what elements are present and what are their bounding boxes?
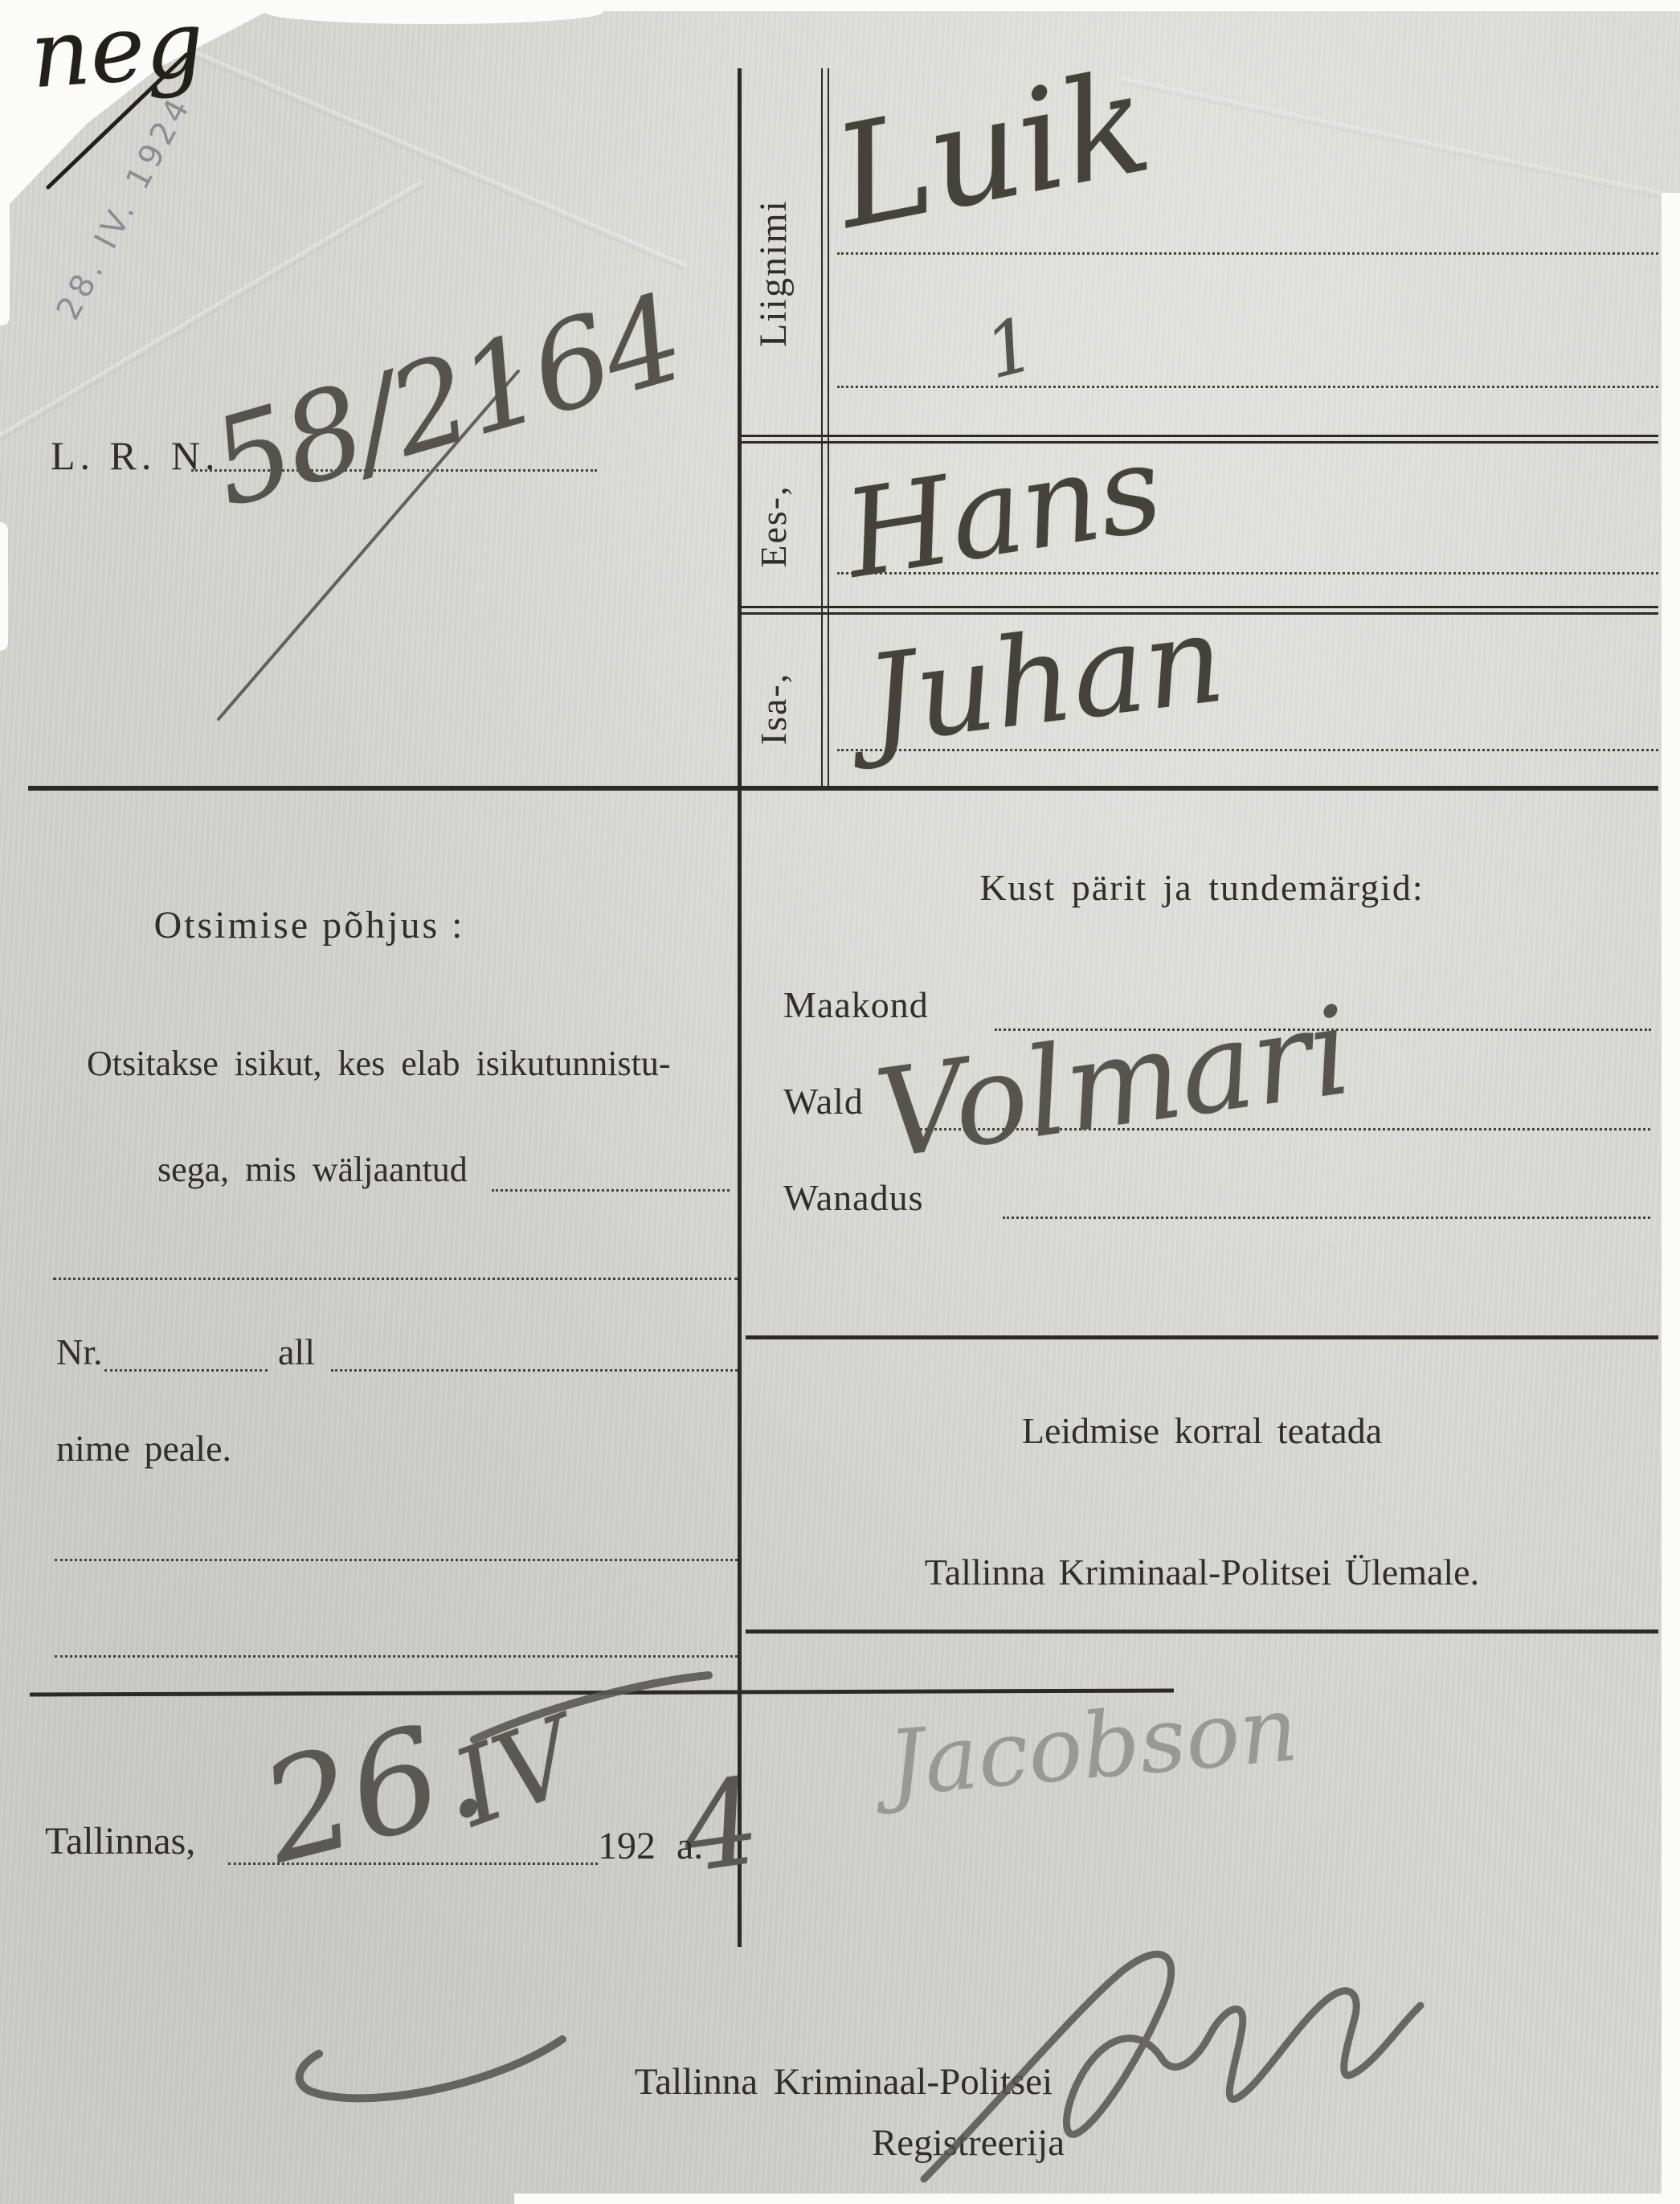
nime-peale-label: nime peale.: [56, 1430, 231, 1467]
issued-dotted-line: [492, 1189, 730, 1192]
pencil-name-note: Jacobson: [885, 1684, 1301, 1809]
name-table-inner-rule: [821, 68, 829, 789]
wanadus-label: Wanadus: [783, 1180, 923, 1216]
blank-dotted-line: [55, 1655, 738, 1658]
notify-addressee: Tallinna Kriminaal-Politsei Ülemale.: [746, 1554, 1658, 1591]
surname-writing-line: [837, 252, 1658, 255]
blank-dotted-line: [55, 1559, 738, 1561]
year-printed: 192: [598, 1827, 656, 1866]
scanned-police-form: neg 28. IV. 1924 L. R. N. 58/2164 Liigni…: [0, 0, 1680, 2204]
registry-note-handwriting: neg: [27, 0, 206, 102]
blank-dotted-line: [53, 1278, 738, 1280]
all-label: all: [278, 1334, 315, 1371]
wald-value-handwriting: Volmari: [869, 990, 1357, 1177]
right-bottom-rule: [746, 1629, 1658, 1634]
scan-edge-bottom: [514, 2194, 1680, 2204]
wald-label: Wald: [783, 1083, 864, 1120]
footer-organization: Tallinna Kriminaal-Politsei: [450, 2063, 1237, 2101]
section-separator-line: [28, 786, 1658, 791]
wanadus-dotted-line: [1003, 1216, 1650, 1219]
fold-crease: [1119, 76, 1674, 201]
place-label: Tallinnas,: [45, 1822, 195, 1861]
nr-label: Nr.: [56, 1334, 103, 1371]
surname-writing-line2: [837, 386, 1658, 388]
surname-row-mark: 1: [979, 307, 1042, 390]
footer-role: Registreerija: [743, 2124, 1193, 2162]
field-label-liignimi: Liignimi: [754, 199, 793, 347]
year-suffix: a.: [676, 1827, 703, 1866]
reason-text-line1: Otsitakse isikut, kes elab isikutunnistu…: [87, 1046, 671, 1082]
notify-text: Leidmise korral teatada: [746, 1413, 1658, 1450]
scan-edge-tear: [0, 157, 10, 325]
left-bottom-rule: [30, 1689, 1174, 1697]
scan-edge-tear: [0, 522, 8, 651]
scan-edge-right: [1662, 193, 1680, 2204]
maakond-label: Maakond: [783, 987, 929, 1024]
center-divider-line: [738, 68, 742, 1947]
right-section-heading: Kust pärit ja tundemärgid:: [746, 869, 1658, 906]
fathername-handwriting: Juhan: [860, 597, 1229, 762]
firstname-writing-line: [837, 572, 1658, 575]
field-label-isanimi: Isa-,: [755, 673, 792, 745]
right-separator-rule: [746, 1335, 1658, 1339]
row-separator-double-line: [738, 435, 1658, 444]
nr-dotted-line: [104, 1369, 268, 1372]
fathername-writing-line: [837, 749, 1658, 751]
surname-handwriting: Luik: [825, 51, 1160, 249]
all-dotted-line: [331, 1369, 738, 1372]
lrn-value-handwriting: 58/2164: [200, 278, 693, 525]
left-section-heading: Otsimise põhjus :: [0, 906, 619, 945]
scan-edge-notch: [265, 0, 603, 24]
firstname-handwriting: Hans: [838, 427, 1169, 596]
reason-text-line2: sega, mis wäljaantud: [157, 1152, 468, 1188]
field-label-eesnimi: Ees-,: [755, 485, 792, 567]
